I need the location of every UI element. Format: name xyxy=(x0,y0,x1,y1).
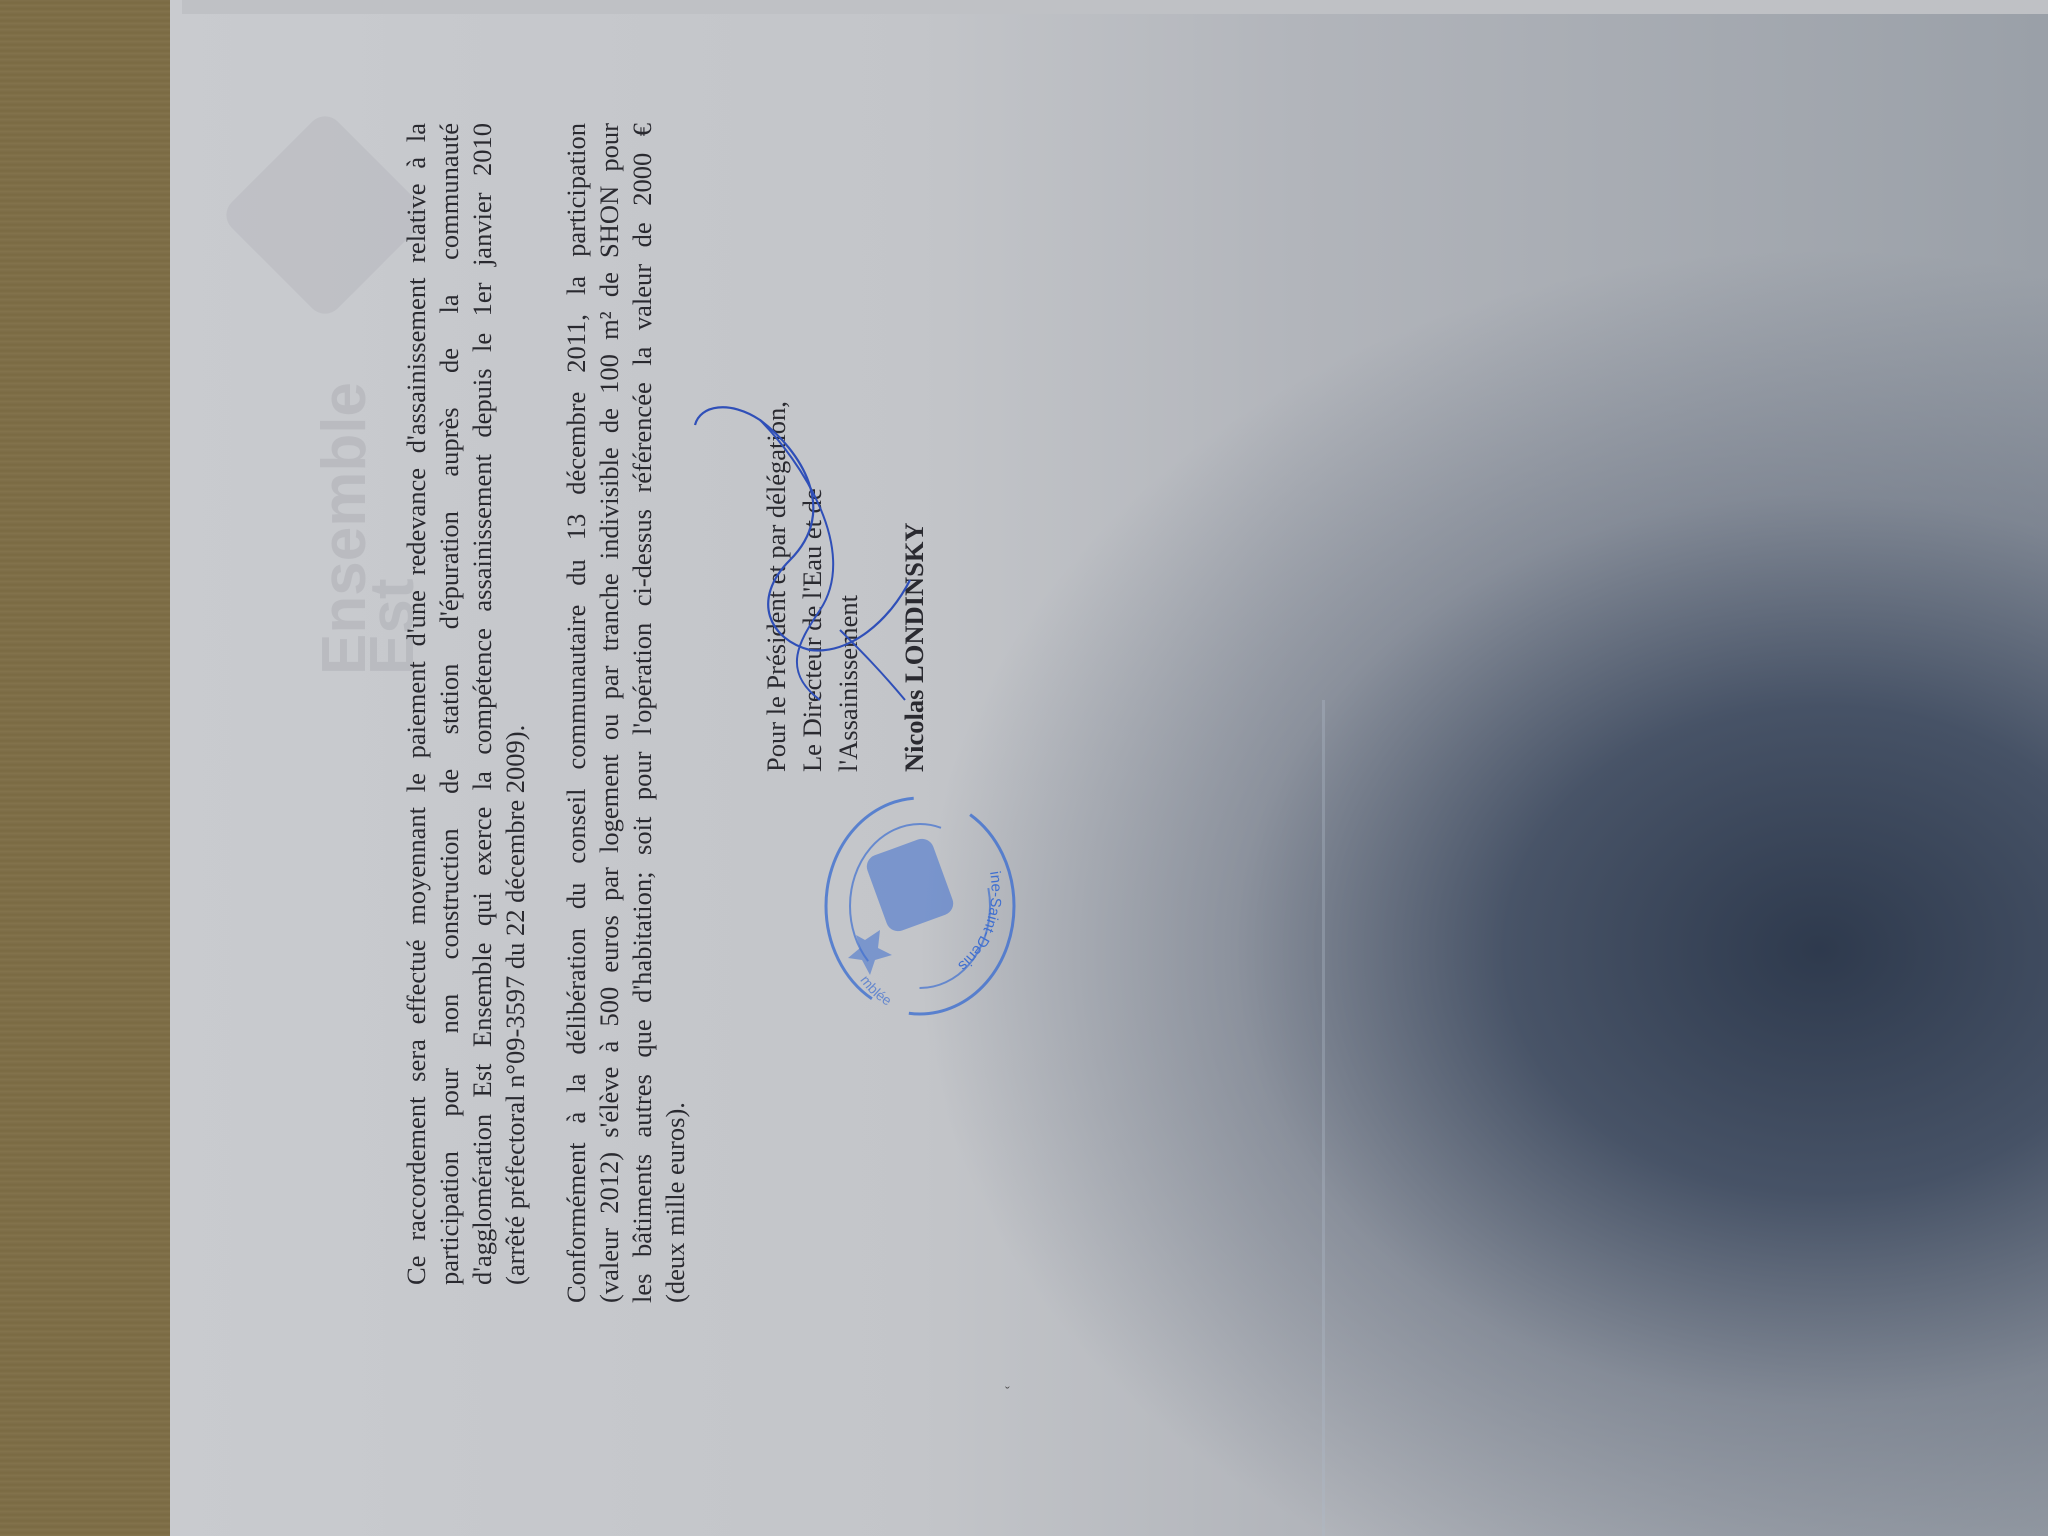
cardboard-background xyxy=(0,0,182,1536)
text-line: les bâtiments autres que d'habitation; s… xyxy=(626,123,659,1303)
text-line: Conformément à la délibération du consei… xyxy=(560,123,593,1303)
text-line: d'agglomération Est Ensemble qui exerce … xyxy=(466,123,499,1285)
text-line: (valeur 2012) s'élève à 500 euros par lo… xyxy=(593,123,626,1303)
svg-text:ine-Saint-Denis: ine-Saint-Denis xyxy=(955,870,1005,974)
text-line: (arrêté préfectoral n°09-3597 du 22 déce… xyxy=(499,123,532,1285)
paragraph-participation: Conformément à la délibération du consei… xyxy=(560,123,692,1303)
paragraph-redevance: Ce raccordement sera effectué moyennant … xyxy=(400,123,532,1285)
text-line: participation pour non construction de s… xyxy=(433,123,466,1285)
text-line: (deux mille euros). xyxy=(659,123,692,1303)
stamp-top-text: ine-Saint-Denis xyxy=(955,870,1005,974)
paper-speck: ˇ xyxy=(1005,1385,1010,1401)
official-stamp: ine-Saint-Denis mblée xyxy=(820,790,1020,1022)
page-crease xyxy=(1322,700,1325,1536)
text-line: Ce raccordement sera effectué moyennant … xyxy=(400,123,433,1285)
handwritten-signature-icon xyxy=(690,400,920,720)
page-top-edge xyxy=(182,0,2048,14)
